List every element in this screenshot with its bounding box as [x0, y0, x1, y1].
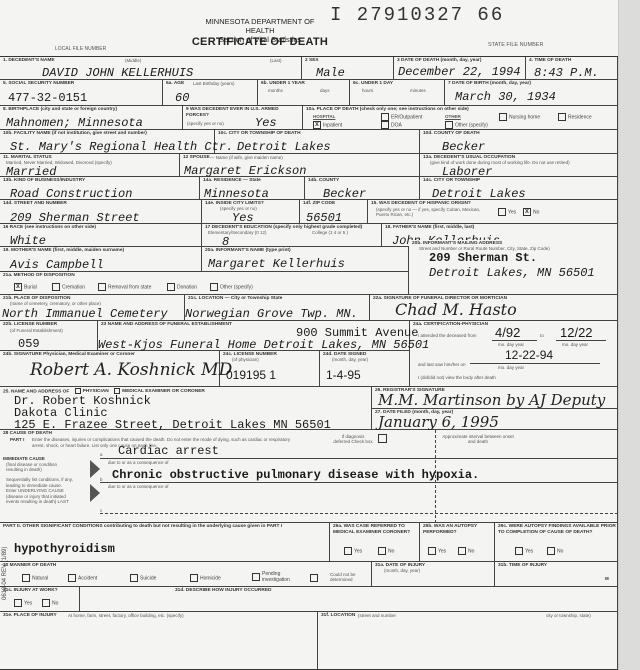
checkbox-accident[interactable]: Accident: [68, 574, 97, 582]
option-label: Natural: [32, 575, 48, 581]
checkbox-hispanic-yes[interactable]: Yes: [498, 208, 516, 216]
checkbox-icon: [52, 283, 60, 291]
option-label: Residence: [568, 114, 592, 120]
checkbox-doa[interactable]: DOA: [381, 121, 402, 129]
hint: (street and number: [358, 613, 396, 618]
checkbox-findings-no[interactable]: No: [547, 547, 563, 555]
label: 14b. COUNTY: [308, 178, 339, 184]
state-file-label: STATE FILE NUMBER: [488, 42, 543, 48]
field-time-of-injury: 31b. TIME OF INJURY M: [495, 562, 618, 587]
option-label: Yes: [525, 548, 533, 554]
hint: (month, day, year): [332, 357, 368, 362]
checkbox-undetermined[interactable]: [310, 574, 320, 582]
field-county-of-death: 10d. COUNTY OF DEATH Becker: [420, 130, 618, 154]
field-under-1-day: 6c. UNDER 1 DAY hours minutes: [350, 80, 445, 106]
checkbox-icon: [381, 121, 389, 129]
checkbox-hispanic-no[interactable]: xNo: [523, 208, 539, 216]
checkbox-donation[interactable]: Donation: [167, 283, 197, 291]
field-describe-injury: 31d. DESCRIBE HOW INJURY OCCURRED: [80, 587, 618, 612]
hint: months: [268, 88, 283, 93]
checkbox-me-yes[interactable]: Yes: [344, 547, 362, 555]
label: 21a. METHOD OF DISPOSITION: [3, 273, 75, 279]
checkbox-at-work-yes[interactable]: Yes: [14, 599, 32, 607]
arrow-icon: [90, 460, 100, 478]
field-manner-of-death: 30 MANNER OF DEATH Natural Accident Suic…: [0, 562, 372, 587]
field-sex: 2 SEX Male: [302, 57, 394, 80]
field-informant-name: 20a. INFORMANT'S NAME (type print) Marga…: [202, 247, 409, 272]
option-label: Could not be determined: [330, 572, 370, 582]
serial-number: I 27910327 66: [330, 4, 504, 26]
hint: and last saw him/her on: [418, 362, 466, 367]
checkbox-checked-icon: x: [523, 208, 531, 216]
checkbox-icon: [558, 113, 566, 121]
label: 1. DECEDENT'S NAME: [3, 58, 55, 64]
field-place-of-injury: 31e. PLACE OF INJURY At home, farm, stre…: [0, 612, 318, 670]
inside-city-value: Yes: [232, 211, 254, 225]
label: 8. BIRTHPLACE (city and state or foreign…: [3, 107, 117, 113]
hint: — Name (if wife, give maiden name): [210, 155, 283, 160]
hint: I (did/did not) view the body after deat…: [418, 375, 496, 380]
spouse-value: Margaret Erickson: [184, 164, 306, 178]
field-cause-of-death: 28 CAUSE OF DEATH PART I Enter the disea…: [0, 430, 618, 523]
attended-from-value: 4/92: [495, 325, 520, 340]
label: 31e. PLACE OF INJURY: [3, 613, 57, 619]
hint: (specify yes or no — if yes, specify Cub…: [376, 207, 486, 217]
field-certifier-name-address: 25. NAME AND ADDRESS OF PHYSICIAN MEDICA…: [0, 387, 372, 430]
checkbox-suicide[interactable]: Suicide: [130, 574, 156, 582]
field-education: 17 DECEDENT'S EDUCATION (specify only hi…: [202, 224, 382, 247]
armed-forces-value: Yes: [255, 116, 277, 130]
label: 4. TIME OF DEATH: [529, 58, 571, 64]
disposition-location-value: Norwegian Grove Twp. MN.: [185, 307, 358, 321]
field-occupation: 13a. DECEDENT'S USUAL OCCUPATION (give k…: [420, 154, 618, 177]
disposition-place-value: North Immanuel Cemetery: [2, 307, 168, 321]
checkbox-me-no[interactable]: No: [378, 547, 394, 555]
field-residence-county: 14b. COUNTY Becker: [305, 177, 420, 200]
option-label: Yes: [438, 548, 446, 554]
hint: (name of cemetery, crematory, or other p…: [10, 301, 101, 306]
field-injury-location: 31f. LOCATION (street and number city or…: [318, 612, 618, 670]
decedent-name-value: DAVID JOHN KELLERHUIS: [42, 66, 193, 80]
attended-to-value: 12/22: [560, 325, 593, 340]
checkbox-icon: [378, 547, 386, 555]
label: 9 WAS DECEDENT EVER IN U.S. ARMED FORCES…: [186, 107, 296, 118]
option-label: Suicide: [140, 575, 156, 581]
hint: (Middle): [125, 58, 141, 63]
field-spouse: 12 SPOUSE — Name (if wife, give maiden n…: [180, 154, 420, 177]
field-injury-at-work: 31c. INJURY AT WORK? Yes No: [0, 587, 80, 612]
birthplace-value: Mahnomen; Minnesota: [6, 116, 143, 130]
label: PART II. OTHER SIGNIFICANT CONDITIONS co…: [3, 524, 282, 530]
field-autopsy-performed: 29b. WAS AN AUTOPSY PERFORMED? Yes No: [420, 523, 495, 562]
hint: I attended the deceased from: [418, 333, 477, 338]
field-physician-signature: 24b. SIGNATURE Physician, Medical Examin…: [0, 351, 220, 387]
checkbox-icon: [458, 547, 466, 555]
field-residence-state: 14a. RESIDENCE — State Minnesota: [200, 177, 305, 200]
industry-value: Road Construction: [10, 187, 132, 201]
option-label: Other (specify): [220, 284, 253, 290]
hint: to: [540, 333, 544, 338]
checkbox-diagnosis-deferred[interactable]: [378, 434, 387, 443]
label: 10c. CITY OR TOWNSHIP OF DEATH: [218, 131, 301, 137]
checkbox-icon: [22, 574, 30, 582]
date-filed-value: January 6, 1995: [378, 413, 499, 431]
label: 10b. FACILITY NAME (if not institution, …: [3, 131, 147, 137]
label: 6a. AGE: [166, 81, 184, 87]
field-method-of-disposition: 21a. METHOD OF DISPOSITION xBurial Crema…: [0, 272, 409, 295]
hint: College (1 4 or 5 ): [312, 230, 348, 235]
hint: (specify yes or no): [187, 121, 224, 126]
field-place-of-disposition: 21b. PLACE OF DISPOSITION (name of cemet…: [0, 295, 185, 321]
field-date-filed: 27. DATE FILED (month, day, year) Januar…: [372, 409, 618, 430]
label: 23 NAME AND ADDRESS OF FUNERAL ESTABLISH…: [101, 322, 232, 328]
field-date-of-injury: 31a. DATE OF INJURY (month, day, year): [372, 562, 495, 587]
option-label: Removal from state: [108, 284, 151, 290]
field-physician-license: 24c. LICENSE NUMBER (of physician) 01919…: [220, 351, 320, 387]
residence-county-value: Becker: [323, 187, 366, 201]
age-value: 60: [175, 91, 189, 105]
mother-value: Avis Campbell: [10, 258, 104, 272]
hint: city or township, state): [546, 613, 591, 618]
checkbox-nursing-home[interactable]: Nursing home: [499, 113, 540, 121]
option-label: Accident: [78, 575, 97, 581]
checkbox-icon: [445, 121, 453, 129]
option-label: Yes: [24, 600, 32, 606]
part1-label: PART I: [10, 437, 24, 442]
hint: minutes: [410, 88, 426, 93]
label: 12 SPOUSE: [183, 155, 210, 161]
field-residence-city: 14c. CITY OR TOWNSHIP Detroit Lakes: [420, 177, 618, 200]
checkbox-icon: [428, 547, 436, 555]
option-label: No: [52, 600, 58, 606]
checkbox-icon: [42, 599, 50, 607]
field-time-of-death: 4. TIME OF DEATH 8:43 P.M.: [526, 57, 618, 80]
hint: (month, day, year): [384, 568, 420, 573]
checkbox-icon: [498, 208, 506, 216]
checkbox-at-work-no[interactable]: No: [42, 599, 58, 607]
label: 24a. CERTIFICATION-PHYSICIAN: [413, 322, 488, 328]
option-label: No: [468, 548, 474, 554]
field-date-of-birth: 7 DATE OF BIRTH (month, day, year) March…: [445, 80, 618, 106]
funeral-license-value: 059: [18, 337, 40, 351]
checkbox-icon: [515, 547, 523, 555]
option-label: Inpatient: [323, 122, 342, 128]
label: 14f. ZIP CODE: [303, 201, 335, 207]
label: 31c. INJURY AT WORK?: [3, 588, 58, 594]
checkbox-residence[interactable]: Residence: [558, 113, 592, 121]
label: 29c. WERE AUTOPSY FINDINGS AVAILABLE PRI…: [498, 524, 616, 535]
option-label: DOA: [391, 122, 402, 128]
field-funeral-license: 22b. LICENSE NUMBER (of Funeral Establis…: [0, 321, 98, 351]
field-marital-status: 11. MARITAL STATUS Married, Never Marrie…: [0, 154, 180, 177]
checkbox-burial[interactable]: xBurial: [14, 283, 37, 291]
hint: At home, farm, street, factory, office b…: [68, 613, 184, 618]
field-inside-city-limits: 14e. INSIDE CITY LIMITS? (specify yes or…: [202, 200, 300, 224]
field-armed-forces: 9 WAS DECEDENT EVER IN U.S. ARMED FORCES…: [183, 106, 303, 130]
field-mother-name: 19. MOTHER'S NAME (first, middle, maiden…: [0, 247, 202, 272]
due-to-label: due to or as a consequence of: [108, 460, 169, 465]
death-certificate: MINNESOTA DEPARTMENT OF HEALTH Section o…: [0, 0, 640, 670]
option-label: Donation: [177, 284, 197, 290]
informant-value: Margaret Kellerhuis: [208, 257, 345, 271]
field-birthplace: 8. BIRTHPLACE (city and state or foreign…: [0, 106, 183, 130]
label: 31d. DESCRIBE HOW INJURY OCCURRED: [175, 588, 271, 594]
hint: mo. day year: [498, 342, 524, 347]
field-ssn: 5. SOCIAL SECURITY NUMBER 477-32-0151: [0, 80, 163, 106]
option-label: No: [533, 209, 539, 215]
hint: M: [605, 576, 609, 581]
label: 16 RACE (see instructions on other side): [3, 225, 96, 231]
label: 5. SOCIAL SECURITY NUMBER: [3, 81, 74, 87]
option-label: ER/Outpatient: [391, 114, 422, 120]
hint: (Last): [270, 58, 282, 63]
field-autopsy-findings: 29c. WERE AUTOPSY FINDINGS AVAILABLE PRI…: [495, 523, 618, 562]
hint: mo. day year: [498, 365, 524, 370]
field-other-conditions: PART II. OTHER SIGNIFICANT CONDITIONS co…: [0, 523, 330, 562]
deferred-label: If diagnosis deferred Check box: [333, 434, 373, 444]
label: 2 SEX: [305, 58, 319, 64]
date-signed-value: 1-4-95: [326, 368, 361, 382]
label: 14c. CITY OR TOWNSHIP: [423, 178, 480, 184]
residence-state-value: Minnesota: [204, 187, 269, 201]
divider: [100, 513, 618, 514]
hint: Sequentially list conditions, if any, le…: [6, 477, 74, 505]
checkbox-er-outpatient[interactable]: ER/Outpatient: [381, 113, 422, 121]
checkbox-icon: [167, 283, 175, 291]
checkbox-natural[interactable]: Natural: [22, 574, 48, 582]
funeral-home-name: West-Kjos Funeral Home Detroit Lakes, MN…: [98, 338, 429, 352]
checkbox-icon: [310, 574, 318, 582]
residence-city-value: Detroit Lakes: [432, 187, 526, 201]
label: 22b. LICENSE NUMBER: [3, 322, 57, 328]
option-label: Other (specify): [455, 122, 488, 128]
option-label: No: [557, 548, 563, 554]
field-me-referred: 29a. WAS CASE REFERRED TO MEDICAL EXAMIN…: [330, 523, 420, 562]
label: 15. WAS DECEDENT OF HISPANIC ORIGIN?: [371, 201, 471, 207]
cause-line-a: Cardiac arrest: [118, 444, 219, 458]
label: 7 DATE OF BIRTH (month, day, year): [448, 81, 531, 87]
label: 14a. RESIDENCE — State: [203, 178, 261, 184]
last-seen-value: 12-22-94: [505, 348, 553, 362]
checkbox-icon: [344, 547, 352, 555]
facility-value: St. Mary's Regional Health Ctr.: [10, 140, 233, 154]
label: 6b. UNDER 1 YEAR: [261, 81, 305, 87]
dob-value: March 30, 1934: [455, 90, 556, 104]
field-under-1-year: 6b. UNDER 1 YEAR months days: [258, 80, 350, 106]
field-age: 6a. AGE Last Birthday (years) 60: [163, 80, 258, 106]
label: 29a. WAS CASE REFERRED TO MEDICAL EXAMIN…: [333, 524, 418, 535]
field-disposition-location: 21c. LOCATION — City or Township State N…: [185, 295, 370, 321]
hint: (of Funeral Establishment): [10, 328, 63, 333]
registrar-signature: M.M. Martinson by AJ Deputy: [378, 391, 605, 409]
hint: (of physician): [232, 357, 259, 362]
label: 31b. TIME OF INJURY: [498, 563, 547, 569]
option-label: Yes: [508, 209, 516, 215]
option-label: Cremation: [62, 284, 85, 290]
checkbox-inpatient[interactable]: xInpatient: [313, 121, 342, 129]
city-of-death-value: Detroit Lakes: [237, 140, 331, 154]
checkbox-icon: [98, 283, 106, 291]
hint: hours: [362, 88, 373, 93]
hint: (final disease or condition resulting in…: [6, 462, 71, 472]
checkbox-findings-yes[interactable]: Yes: [515, 547, 533, 555]
field-informant-address: 20b. INFORMANT'S MAILING ADDRESS Street …: [409, 240, 618, 295]
hospital-label: HOSPITAL: [313, 114, 335, 119]
informant-address-line2: Detroit Lakes, MN 56501: [429, 266, 595, 280]
checkbox-icon: [210, 283, 218, 291]
local-file-label: LOCAL FILE NUMBER: [55, 46, 106, 52]
field-industry: 13b. KIND OF BUSINESS/INDUSTRY Road Cons…: [0, 177, 200, 200]
field-funeral-director-signature: 22a. SIGNATURE OF FUNERAL DIRECTOR OR MO…: [370, 295, 618, 321]
interval-label: Approximate interval between onset and d…: [440, 434, 516, 444]
option-label: Nursing home: [509, 114, 540, 120]
physician-signature: Robert A. Koshnick MD: [30, 360, 232, 380]
field-physician-certification: 24a. CERTIFICATION-PHYSICIAN I attended …: [410, 321, 618, 387]
option-label: Pending investigation: [262, 571, 292, 583]
checkbox-icon: [190, 574, 198, 582]
checkbox-icon: [547, 547, 555, 555]
page-edge: [618, 0, 640, 670]
field-race: 16 RACE (see instructions on other side)…: [0, 224, 202, 247]
label: 21c. LOCATION — City or Township State: [188, 296, 282, 302]
informant-address-line1: 209 Sherman St.: [429, 251, 537, 265]
checkbox-other-disposition[interactable]: Other (specify): [210, 283, 253, 291]
label: 14d. STREET AND NUMBER: [3, 201, 67, 207]
option-label: Yes: [354, 548, 362, 554]
label: 13b. KIND OF BUSINESS/INDUSTRY: [3, 178, 85, 184]
checkbox-checked-icon: x: [313, 121, 321, 129]
label: 31f. LOCATION: [321, 613, 355, 619]
sex-value: Male: [316, 66, 345, 80]
street-value: 209 Sherman Street: [10, 211, 140, 225]
due-to-label: due to or as a consequence of: [108, 484, 169, 489]
field-zip: 14f. ZIP CODE 56501: [300, 200, 368, 224]
checkbox-icon: [130, 574, 138, 582]
checkbox-checked-icon: x: [14, 283, 22, 291]
agency-name: MINNESOTA DEPARTMENT OF HEALTH: [190, 17, 330, 35]
hint: mo. day year: [562, 342, 588, 347]
checkbox-other-specify[interactable]: Other (specify): [445, 121, 488, 129]
other-conditions-value: hypothyroidism: [14, 542, 115, 556]
option-label: No: [388, 548, 394, 554]
checkbox-icon: [499, 113, 507, 121]
field-facility-name: 10b. FACILITY NAME (if not institution, …: [0, 130, 215, 154]
field-date-signed: 24d. DATE SIGNED (month, day, year) 1-4-…: [320, 351, 410, 387]
checkbox-icon: [252, 573, 260, 581]
checkbox-icon: [68, 574, 76, 582]
checkbox-homicide[interactable]: Homicide: [190, 574, 221, 582]
checkbox-icon: [381, 113, 389, 121]
option-label: Homicide: [200, 575, 221, 581]
ssn-value: 477-32-0151: [8, 91, 87, 105]
checkbox-removal[interactable]: Removal from state: [98, 283, 151, 291]
label: 3 DATE OF DEATH (month, day, year): [397, 58, 482, 64]
cause-line-b: Chronic obstructive pulmonary disease wi…: [112, 468, 479, 482]
label: 6c. UNDER 1 DAY: [353, 81, 393, 87]
option-label: Burial: [24, 284, 37, 290]
field-date-of-death: 3 DATE OF DEATH (month, day, year) Decem…: [394, 57, 526, 80]
field-decedent-name: 1. DECEDENT'S NAME (Middle) (Last) DAVID…: [0, 57, 302, 80]
field-place-of-death: 10a. PLACE OF DEATH (check only one; see…: [303, 106, 618, 130]
label: 10d. COUNTY OF DEATH: [423, 131, 480, 137]
immediate-cause-label: IMMEDIATE CAUSE: [3, 456, 45, 461]
hint: days: [320, 88, 330, 93]
physician-license-value: 019195 1: [226, 368, 276, 382]
county-of-death-value: Becker: [442, 140, 485, 154]
certificate-form: 1. DECEDENT'S NAME (Middle) (Last) DAVID…: [0, 56, 618, 670]
hint: Elementary/Secondary (0 12): [208, 230, 267, 235]
checkbox-autopsy-yes[interactable]: Yes: [428, 547, 446, 555]
label: 30 MANNER OF DEATH: [3, 563, 56, 569]
checkbox-icon: [14, 599, 22, 607]
checkbox-pending[interactable]: Pending investigation: [252, 571, 292, 583]
field-city-of-death: 10c. CITY OR TOWNSHIP OF DEATH Detroit L…: [215, 130, 420, 154]
other-label: OTHER: [445, 114, 461, 119]
label: 19. MOTHER'S NAME (first, middle, maiden…: [3, 248, 124, 254]
label: 10a. PLACE OF DEATH (check only one; see…: [306, 107, 469, 113]
arrow-icon: [90, 484, 100, 502]
label: 18. FATHER'S NAME (first, middle, last): [385, 225, 474, 231]
zip-value: 56501: [306, 211, 342, 225]
funeral-director-signature: Chad M. Hasto: [395, 300, 517, 319]
time-of-death-value: 8:43 P.M.: [534, 66, 599, 80]
checkbox-autopsy-no[interactable]: No: [458, 547, 474, 555]
form-revision-code: 0610-04 REV (1/89): [2, 547, 8, 600]
field-registrar-signature: 26. REGISTRAR'S SIGNATURE M.M. Martinson…: [372, 387, 618, 409]
field-funeral-establishment: 23 NAME AND ADDRESS OF FUNERAL ESTABLISH…: [98, 321, 410, 351]
field-street: 14d. STREET AND NUMBER 209 Sherman Stree…: [0, 200, 202, 224]
field-hispanic-origin: 15. WAS DECEDENT OF HISPANIC ORIGIN? (sp…: [368, 200, 618, 224]
label: 24b. SIGNATURE Physician, Medical Examin…: [3, 352, 135, 358]
checkbox-cremation[interactable]: Cremation: [52, 283, 85, 291]
date-of-death-value: December 22, 1994: [398, 65, 520, 79]
label: 29b. WAS AN AUTOPSY PERFORMED?: [423, 524, 493, 535]
race-value: White: [10, 234, 46, 248]
label: 28 CAUSE OF DEATH: [3, 431, 52, 437]
hint: Last Birthday (years): [193, 81, 235, 86]
document-title: CERTIFICATE OF DEATH: [170, 36, 350, 48]
label: 20a. INFORMANT'S NAME (type print): [205, 248, 291, 254]
